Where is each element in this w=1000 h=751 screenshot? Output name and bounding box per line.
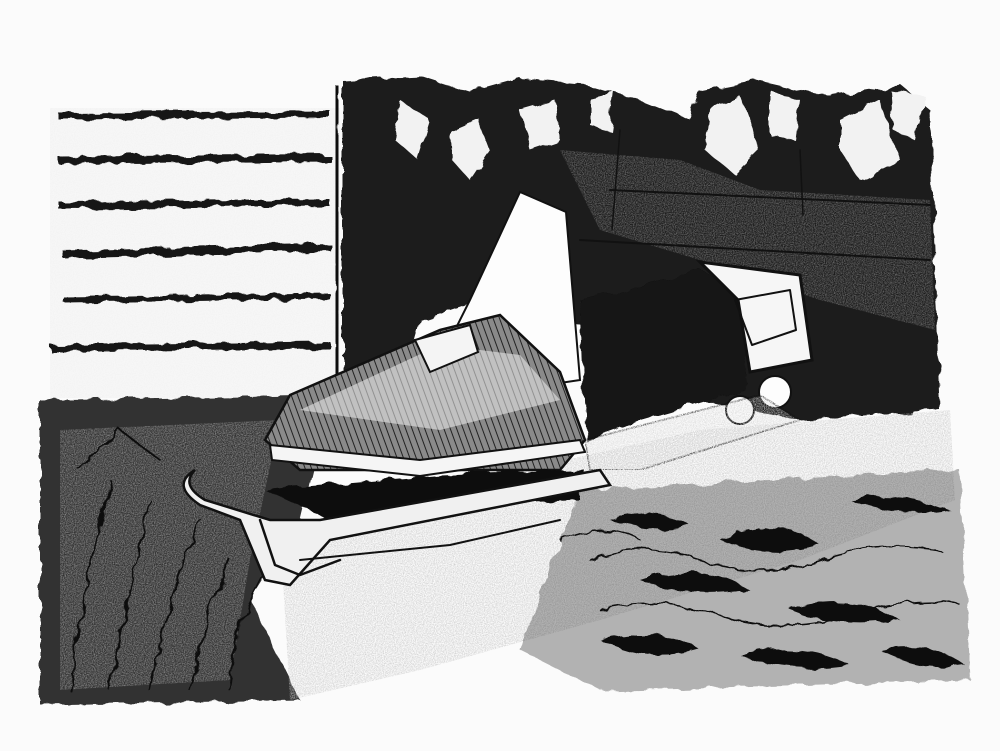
leaf-litter-ground	[520, 470, 970, 690]
siding-wall	[50, 85, 340, 400]
print-artwork	[0, 0, 1000, 751]
